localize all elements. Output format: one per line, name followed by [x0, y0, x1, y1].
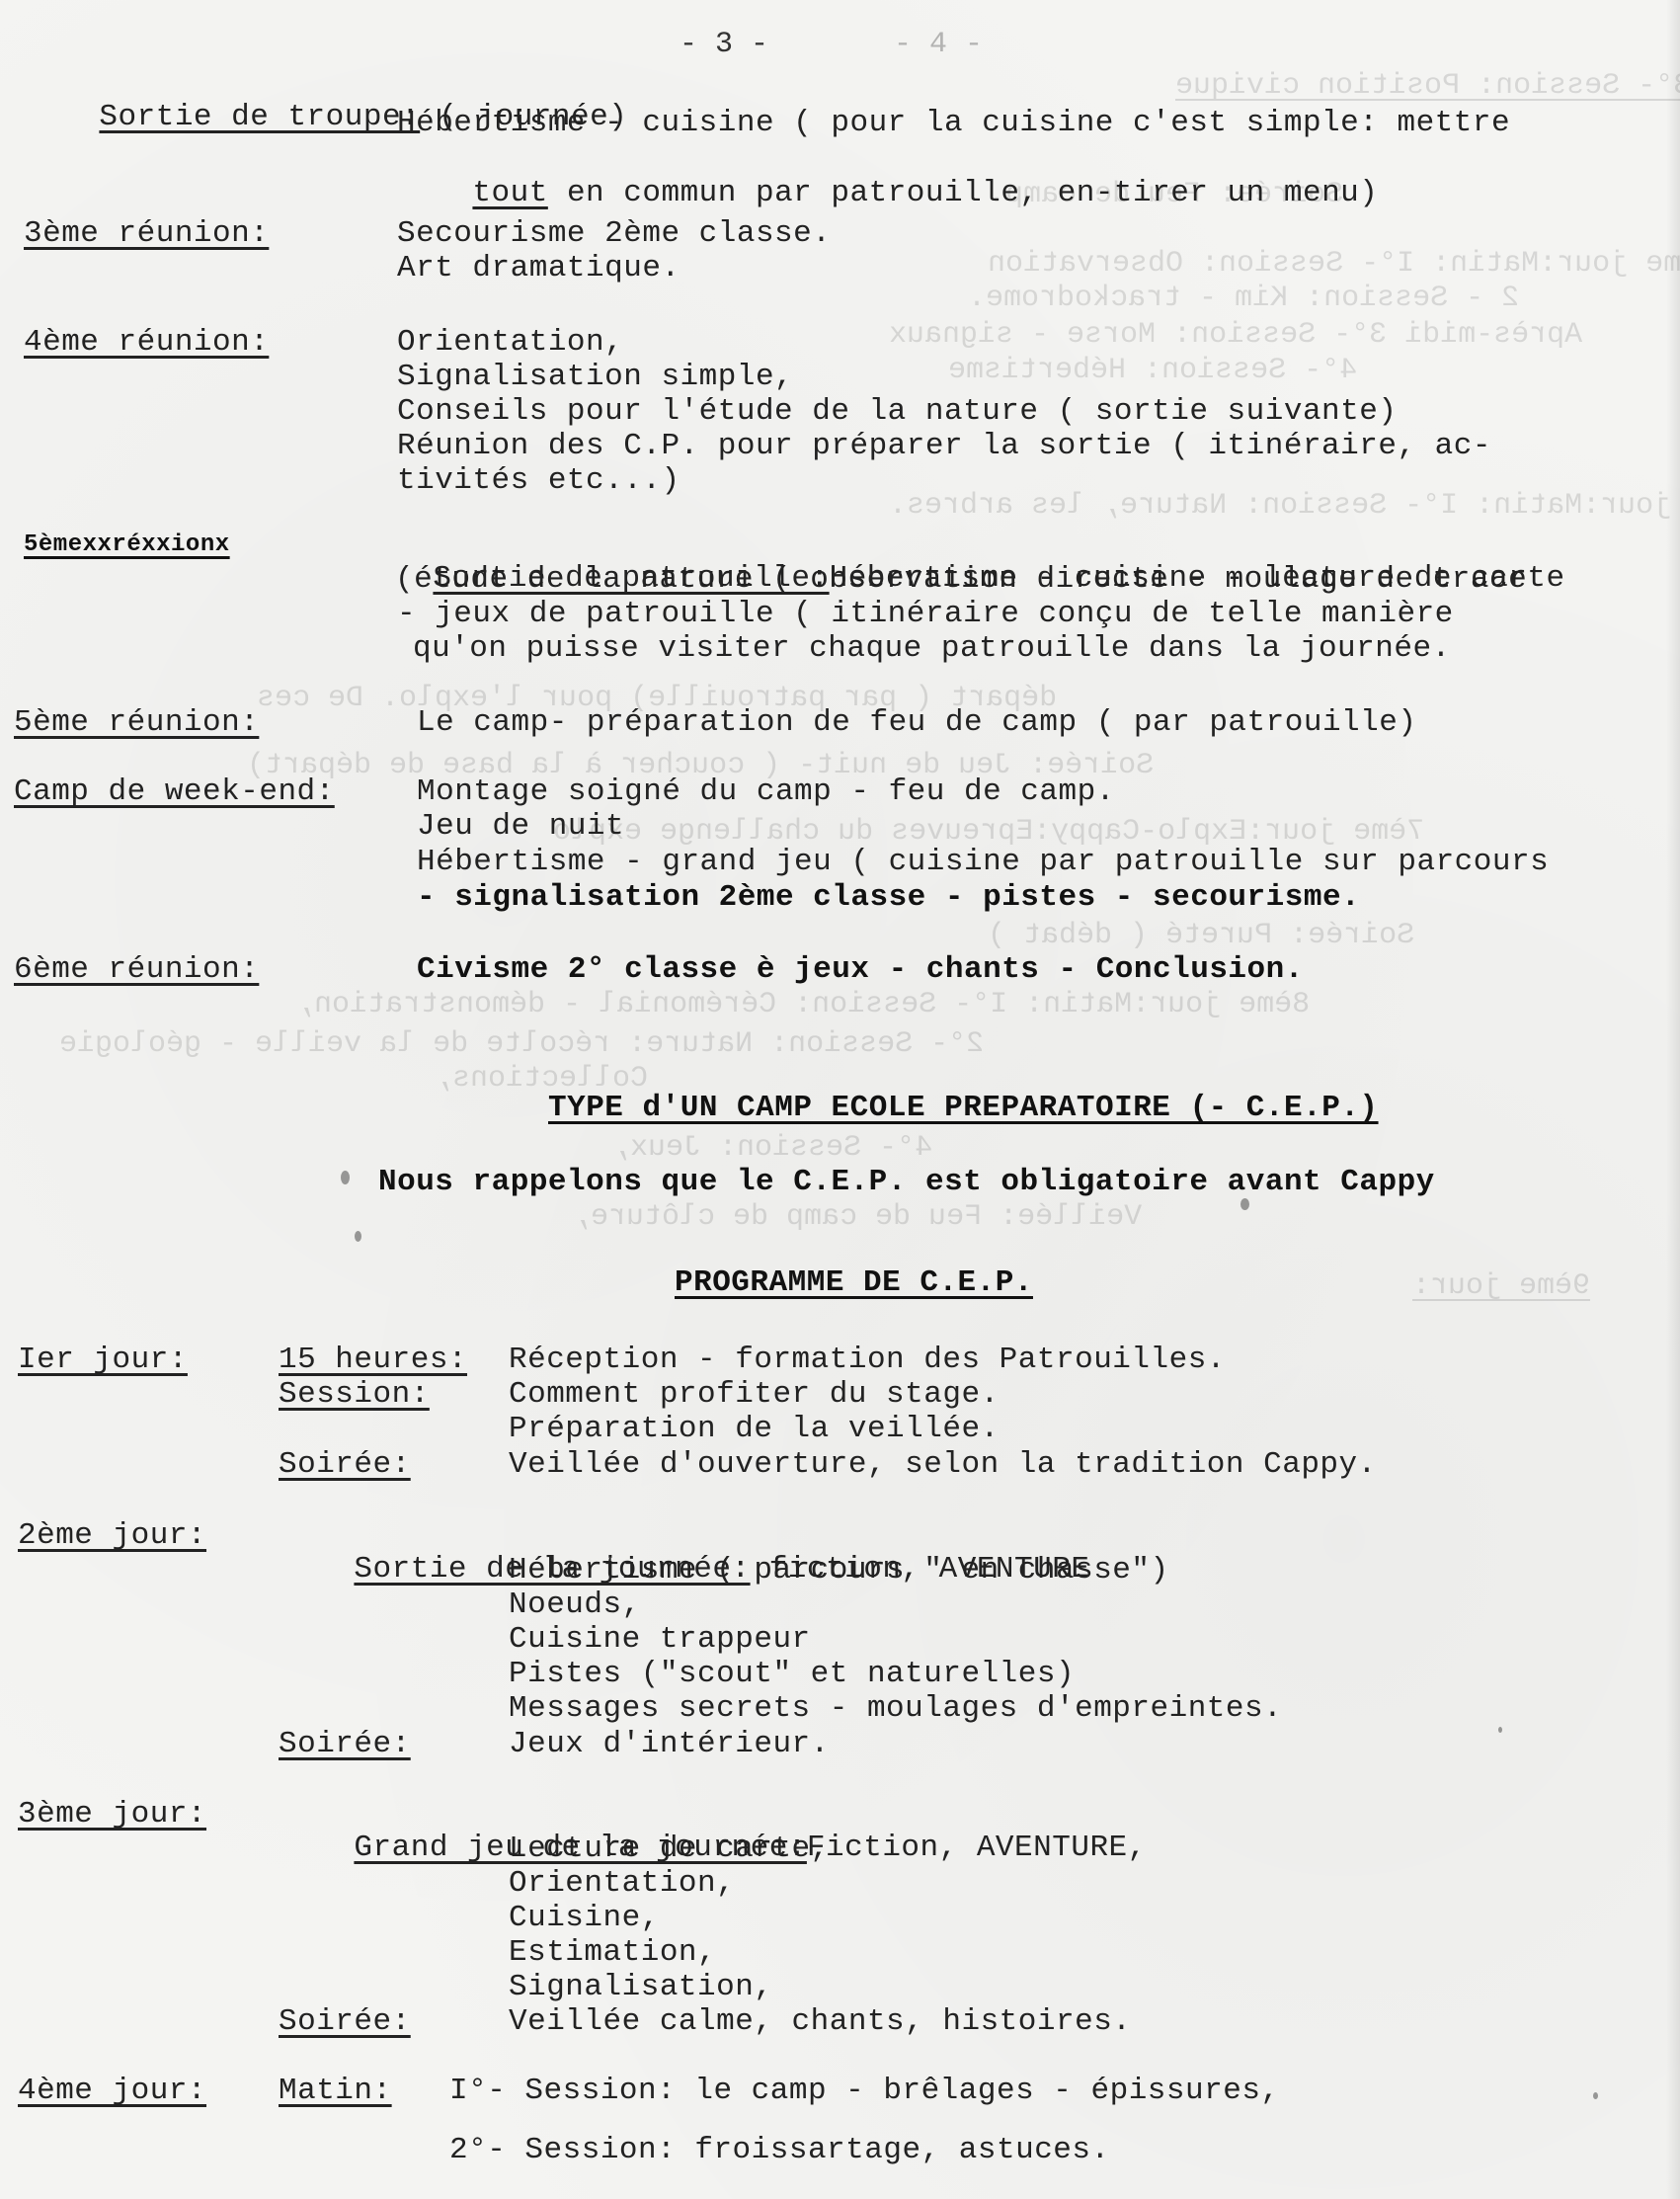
day1-line: Veillée d'ouverture, selon la tradition … — [509, 1448, 1377, 1482]
page-number: - 3 - — [680, 28, 768, 61]
sortie-patrouille-line: qu'on puisse visiter chaque patrouille d… — [413, 632, 1451, 666]
day1-key: Session: — [279, 1378, 430, 1412]
day3-line: Orientation, — [509, 1867, 735, 1901]
bleed-line: Soirée: Pureté ( débat ) — [988, 919, 1414, 952]
camp-weekend-label: Camp de week-end: — [14, 775, 335, 809]
day2-line: Cuisine trappeur — [509, 1623, 811, 1657]
camp-weekend-line: Hébertisme - grand jeu ( cuisine par pat… — [417, 846, 1549, 879]
sortie-troupe-label: Sortie de troupe: — [99, 100, 420, 134]
verso-page-number: - 4 - — [894, 28, 983, 61]
day4-line: 2°- Session: froissartage, astuces. — [449, 2134, 1110, 2167]
bleed-line: 8ème jour:Matin: I°- Session: Cérémonial… — [296, 988, 1310, 1021]
reunion3-line: Secourisme 2ème classe. — [397, 217, 831, 251]
day4-label: 4ème jour: — [18, 2075, 206, 2108]
bleed-line: 2 - Session: Kim - trackodrome. — [968, 282, 1519, 315]
bleed-line: 9ème jour: — [1412, 1269, 1590, 1303]
ink-speck — [1240, 1198, 1249, 1210]
ink-speck — [1593, 2092, 1598, 2099]
cep-title: TYPE d'UN CAMP ECOLE PREPARATOIRE (- C.E… — [548, 1092, 1379, 1125]
day3-line: Veillée calme, chants, histoires. — [509, 2005, 1131, 2039]
bleed-line: 4ème jour:Après-midi: 3°- Session: Posit… — [1175, 69, 1680, 103]
reunion6-line: Civisme 2° classe è jeux - chants - Conc… — [417, 953, 1304, 987]
sortie-patrouille-line: - jeux de patrouille ( itinéraire conçu … — [397, 598, 1454, 631]
day2-key: Soirée: — [279, 1728, 411, 1761]
day3-line: Cuisine, — [509, 1902, 660, 1935]
underlined-word: tout — [472, 176, 547, 210]
ink-speck — [355, 1231, 361, 1242]
page-edge-shadow — [1666, 0, 1680, 2199]
bleed-line: 2°- Session: Nature: récolte de la veill… — [59, 1027, 984, 1061]
bleed-line: Veillée: Feu de camp de clôture, — [573, 1200, 1142, 1234]
ink-speck — [1498, 1727, 1502, 1733]
day4-line: I°- Session: le camp - brêlages - épissu… — [449, 2075, 1280, 2108]
scanned-page: 4ème jour:Après-midi: 3°- Session: Posit… — [0, 0, 1680, 2199]
day3-label: 3ème jour: — [18, 1798, 206, 1832]
camp-weekend-line: - signalisation 2ème classe - pistes - s… — [417, 881, 1360, 915]
bleed-line: 6ème jour:Matin: I°- Session: Nature, le… — [889, 489, 1680, 523]
day3-key: Soirée: — [279, 2005, 411, 2039]
day2-line: Pistes ("scout" et naturelles) — [509, 1658, 1075, 1691]
bleed-line: 4°- Session: Jeux, — [612, 1131, 932, 1165]
day2-line: Jeux d'intérieur. — [509, 1728, 830, 1761]
reunion3-label: 3ème réunion: — [24, 217, 269, 251]
ink-speck — [341, 1171, 350, 1184]
programme-title: PROGRAMME DE C.E.P. — [675, 1266, 1033, 1300]
day2-line: Hébertisme ( parcours " en chasse") — [509, 1554, 1169, 1588]
day1-label: Ier jour: — [18, 1344, 188, 1377]
day1-line: Préparation de la veillée. — [509, 1413, 1000, 1446]
reunion3-line: Art dramatique. — [397, 252, 680, 285]
day4-key: Matin: — [279, 2075, 392, 2108]
day2-label: 2ème jour: — [18, 1519, 206, 1553]
reunion4-line: tivités etc...) — [397, 464, 680, 498]
reunion4-line: Réunion des C.P. pour préparer la sortie… — [397, 430, 1491, 463]
camp-weekend-line: Jeu de nuit — [417, 810, 624, 844]
reunion4-label: 4ème réunion: — [24, 326, 269, 360]
camp-weekend-line: Montage soigné du camp - feu de camp. — [417, 775, 1115, 809]
day3-line: Signalisation, — [509, 1971, 772, 2004]
cep-note: Nous rappelons que le C.E.P. est obligat… — [378, 1166, 1435, 1199]
reunion4-line: Signalisation simple, — [397, 361, 793, 394]
reunion4-line: Orientation, — [397, 326, 623, 360]
bleed-line: 7ème jour:Explo-Cappy:Epreuves du challe… — [553, 815, 1424, 849]
bleed-line: 4°- Session: Hébertisme — [948, 354, 1357, 387]
day1-line: Comment profiter du stage. — [509, 1378, 1000, 1412]
day1-key: Soirée: — [279, 1448, 411, 1482]
reunion5-line: Le camp- préparation de feu de camp ( pa… — [417, 706, 1416, 740]
sortie-troupe-line-rest: en commun par patrouille, en-tirer un me… — [548, 176, 1379, 210]
day3-line: Estimation, — [509, 1936, 716, 1970]
bleed-line: Après-midi 3°- Session: Morse - signaux — [889, 318, 1582, 352]
day3-inline: Fiction, AVENTURE, — [807, 1831, 1147, 1865]
reunion4-line: Conseils pour l'étude de la nature ( sor… — [397, 395, 1397, 429]
day2-line: Noeuds, — [509, 1588, 641, 1622]
sortie-troupe-line: Hébertisme - cuisine ( pour la cuisine c… — [397, 107, 1510, 140]
day1-line: Réception - formation des Patrouilles. — [509, 1344, 1226, 1377]
bleed-line: 5ème jour:Matin: I°- Session: Observatio… — [988, 247, 1680, 281]
day2-line: Messages secrets - moulages d'empreintes… — [509, 1692, 1282, 1726]
reunion5-label: 5ème réunion: — [14, 706, 259, 740]
reunion6-label: 6ème réunion: — [14, 953, 259, 987]
struck-out-label: 5èmexxréxxionx — [24, 529, 230, 562]
day3-line: Lecture de carte, — [509, 1832, 830, 1866]
sortie-patrouille-line: (étude de la nature ( observation direct… — [395, 563, 1527, 597]
day1-key: 15 heures: — [279, 1344, 467, 1377]
